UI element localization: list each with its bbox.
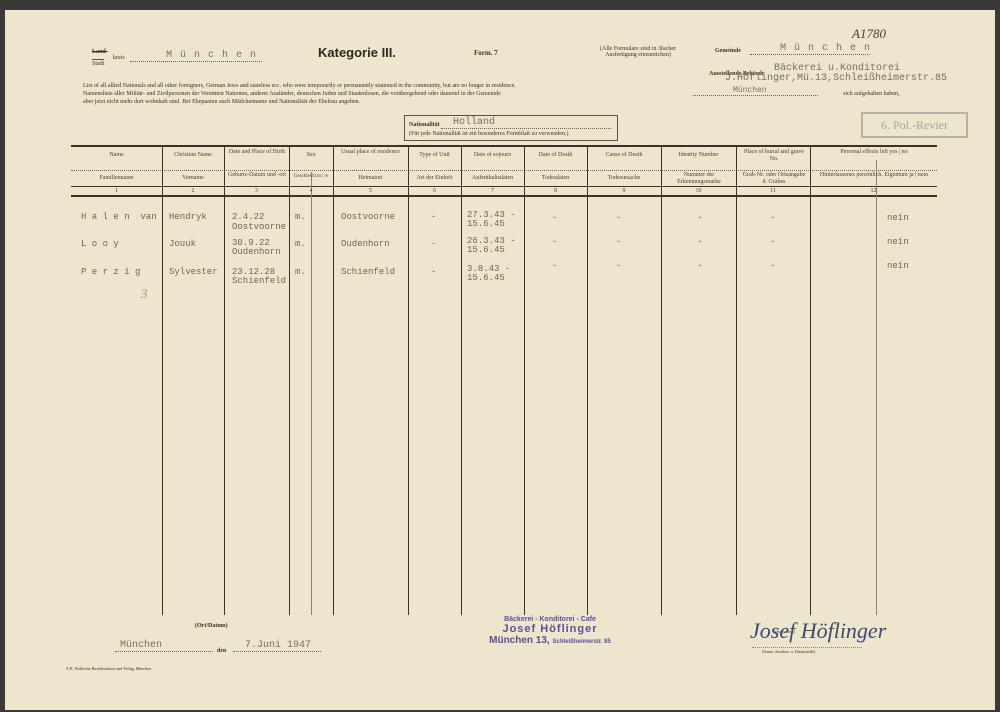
- signature-line: [752, 647, 862, 648]
- col-6-num: 6: [408, 188, 461, 195]
- row-effects: nein: [887, 213, 909, 223]
- col-1-num: 1: [71, 188, 162, 195]
- kreis-label: kreis: [113, 55, 125, 61]
- row-sex: m.: [295, 267, 306, 277]
- row-birth-place: Oostvoorne: [232, 222, 286, 232]
- category-title: Kategorie III.: [318, 45, 396, 60]
- gemeinde-label: Gemeinde: [715, 48, 741, 54]
- row-death-date: -: [552, 213, 557, 223]
- row-birth-place: Schienfeld: [232, 276, 286, 286]
- intro-german-1: Namensliste aller Militär- und Zivilpers…: [83, 91, 501, 97]
- col-7-en: Date of sojourn: [461, 152, 524, 159]
- place-caption: (Ort/Datum): [195, 623, 228, 629]
- intro-gemeinde-value: München: [693, 86, 818, 96]
- row-residence: Oostvoorne: [341, 212, 395, 222]
- nationality-note: (Für jede Nationalität ist ein besondere…: [409, 131, 568, 137]
- col-12-en: Personal effects left yes | no: [817, 149, 931, 156]
- table-mid-rule: [71, 170, 937, 171]
- col-divider: [810, 145, 811, 615]
- col-5-num: 5: [333, 188, 408, 195]
- stamp-city: München 13,: [489, 635, 550, 646]
- row-burial: -: [770, 261, 775, 271]
- col-12-num: 12: [810, 188, 937, 195]
- document-page: A1780 Land- Stadt kreis M ü n c h e n Ka…: [5, 10, 995, 710]
- row-death-cause: -: [616, 261, 621, 271]
- table-header-rule: [71, 186, 937, 187]
- col-9-num: 9: [587, 188, 661, 195]
- col-6-de: Art der Einheit: [408, 175, 461, 182]
- row-sex: m.: [295, 212, 306, 222]
- row-effects: nein: [887, 261, 909, 271]
- kreis-label-struck: Land-: [92, 49, 108, 55]
- signature-caption-bottom: (Name, Amtsbez. u. Dienststelle): [762, 649, 815, 654]
- row-identity: -: [697, 261, 702, 271]
- row-death-date: -: [552, 261, 557, 271]
- col-6-en: Type of Unit: [408, 152, 461, 159]
- row-first-name: Sylvester: [169, 267, 218, 277]
- intro-english: List of all allied Nationals and all oth…: [83, 83, 516, 89]
- col-7-num: 7: [461, 188, 524, 195]
- row-surname: L o o y: [81, 239, 119, 249]
- row-surname: H a l e n van: [81, 212, 157, 222]
- business-stamp: Bäckerei - Konditorei - Cafe Josef Höfli…: [460, 616, 640, 646]
- den-label: den: [217, 648, 226, 654]
- col-divider: [311, 172, 312, 615]
- row-death-date: -: [552, 237, 557, 247]
- col-divider: [876, 160, 877, 615]
- margin-pencil-mark: 3: [141, 286, 148, 302]
- col-divider: [289, 145, 290, 615]
- col-divider: [333, 145, 334, 615]
- row-sojourn-to: 15.6.45: [467, 245, 505, 255]
- stamp-line-2: Josef Höflinger: [460, 623, 640, 635]
- col-3-num: 3: [224, 188, 289, 195]
- col-9-de: Todesursache: [587, 175, 661, 182]
- row-residence: Schienfeld: [341, 267, 395, 277]
- col-10-en: Identity Number: [661, 152, 736, 159]
- row-identity: -: [697, 237, 702, 247]
- col-9-en: Cause of Death: [587, 152, 661, 159]
- row-sojourn-to: 15.6.45: [467, 273, 505, 283]
- col-12-de: Hinterlassenes persönlich. Eigentum ja |…: [813, 172, 935, 179]
- col-2-de: Vorname: [162, 175, 224, 182]
- row-sex: m.: [295, 239, 306, 249]
- row-first-name: Hendryk: [169, 212, 207, 222]
- row-sojourn-to: 15.6.45: [467, 219, 505, 229]
- stadt-label: Stadt: [92, 59, 104, 67]
- row-residence: Oudenhorn: [341, 239, 390, 249]
- row-effects: nein: [887, 237, 909, 247]
- col-4-de: Geschlecht m | w: [291, 174, 331, 180]
- row-birth-place: Oudenhorn: [232, 247, 281, 257]
- signature: Josef Höflinger: [750, 618, 886, 644]
- printer-imprint: A.B. Wolffsche Buchdruckerei und Verlag,…: [66, 666, 151, 671]
- stamp-line-1: Bäckerei - Konditorei - Cafe: [460, 616, 640, 623]
- kreis-value: M ü n c h e n: [130, 50, 262, 62]
- stamp-line-3: München 13, Schleißheimerstr. 85: [460, 635, 640, 646]
- col-11-en: Place of burial and grave No.: [743, 149, 805, 163]
- copies-note: (Alle Formulare sind in 3facher Ausferti…: [588, 46, 688, 58]
- col-4-en: Sex: [289, 152, 333, 159]
- col-11-de: Grab-Nr. oder Ortsangabe d. Grabes: [741, 172, 807, 186]
- row-unit: -: [431, 239, 436, 249]
- date-value: 7.Juni 1947: [233, 640, 321, 652]
- row-unit: -: [431, 212, 436, 222]
- row-birth-date: 2.4.22: [232, 212, 264, 222]
- row-death-cause: -: [616, 213, 621, 223]
- form-label: Form. 7: [474, 49, 498, 57]
- col-3-de: Geburts-Datum und -ort: [227, 172, 287, 179]
- row-surname: P e r z i g: [81, 267, 140, 277]
- row-identity: -: [697, 213, 702, 223]
- col-10-de: Nummer der Erkennungsmarke: [669, 172, 729, 186]
- col-2-en: Christian Name: [162, 152, 224, 159]
- place-value: München: [115, 640, 213, 652]
- police-stamp: 6. Pol.-Revier: [861, 112, 968, 138]
- col-divider: [587, 145, 588, 615]
- col-divider: [162, 145, 163, 615]
- col-8-num: 8: [524, 188, 587, 195]
- row-death-cause: -: [616, 237, 621, 247]
- col-4-num: 4: [289, 188, 333, 195]
- row-burial: -: [770, 237, 775, 247]
- col-divider: [408, 145, 409, 615]
- nationality-label: Nationalität: [409, 122, 440, 128]
- col-divider: [736, 145, 737, 615]
- col-10-num: 10: [661, 188, 736, 195]
- table-top-rule: [71, 145, 937, 147]
- nationality-box: Nationalität Holland (Für jede Nationali…: [404, 115, 618, 141]
- col-1-en: Name: [71, 152, 162, 159]
- col-8-de: Todesdaten: [524, 175, 587, 182]
- intro-german-2: aber jetzt nicht mehr dort wohnhaft sind…: [83, 99, 360, 105]
- col-divider: [524, 145, 525, 615]
- col-8-en: Date of Death: [524, 152, 587, 159]
- table-number-rule: [71, 195, 937, 197]
- col-1-de: Familienname: [71, 175, 162, 182]
- intro-german-suffix: sich aufgehalten haben,: [843, 91, 899, 97]
- col-7-de: Aufenthaltsdaten: [461, 175, 524, 182]
- gemeinde-value: M ü n c h e n: [750, 43, 870, 55]
- row-burial: -: [770, 213, 775, 223]
- archive-number: A1780: [852, 26, 886, 42]
- col-5-en: Usual place of residence: [338, 149, 403, 156]
- authority-line2: J.Höflinger,Mü.13,Schleißheimerstr.85: [725, 73, 947, 84]
- row-first-name: Jouuk: [169, 239, 196, 249]
- nationality-value: Holland: [441, 117, 611, 129]
- col-3-en: Date and Place of Birth: [227, 149, 287, 156]
- col-divider: [224, 145, 225, 615]
- col-11-num: 11: [736, 188, 810, 195]
- stamp-street: Schleißheimerstr. 85: [552, 639, 610, 645]
- col-2-num: 2: [162, 188, 224, 195]
- row-unit: -: [431, 267, 436, 277]
- col-divider: [461, 145, 462, 615]
- col-5-de: Heimatort: [333, 175, 408, 182]
- col-divider: [661, 145, 662, 615]
